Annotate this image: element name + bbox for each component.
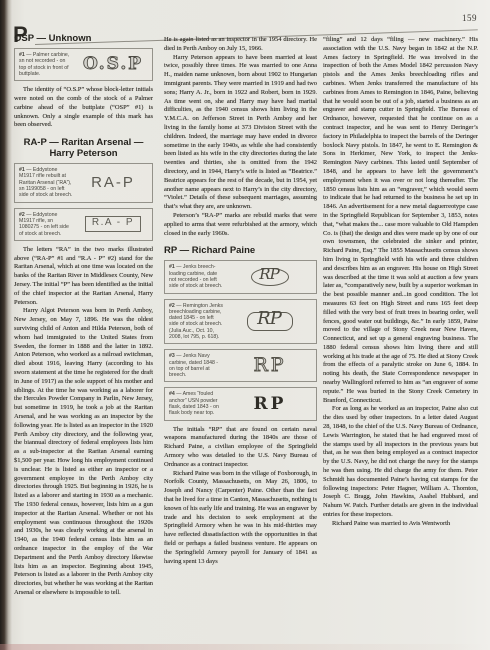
- heading-osp: OSP — Unknown: [14, 33, 153, 44]
- column-left: OSP — Unknown #1 — Palmer carbine, sn no…: [14, 33, 153, 625]
- figure-caption-text: — Eddystone M1917 rifle rebuilt at Rarit…: [19, 167, 72, 198]
- heading-rap-line2: Harry Peterson: [14, 148, 153, 159]
- osp-stamp-letters: O.S.P: [83, 60, 143, 69]
- heading-rap: RA-P — Raritan Arsenal — Harry Peterson: [14, 137, 153, 159]
- figure-box-osp-1: #1 — Palmer carbine, sn not recorded - o…: [14, 48, 153, 81]
- rp-solid-letters: RP: [254, 400, 287, 409]
- paragraph: Richard Paine was born in the village of…: [164, 470, 317, 567]
- figure-label: #1: [19, 167, 25, 173]
- figure-box-rap-2: #2 — Eddystone M1917 rifle, sn 1080275 -…: [14, 208, 153, 241]
- rap-stamp-letters: RA-P: [91, 179, 135, 188]
- figure-label: #1: [169, 264, 175, 270]
- rap-mark-image-1: RA-P: [78, 179, 148, 188]
- column-middle: He is again listed as an inspector in th…: [164, 36, 317, 628]
- figure-caption: #1 — Jenks breech-loading carbine, date …: [169, 264, 224, 289]
- rp-monogram-oval: RP: [251, 268, 288, 286]
- figure-box-rp-3: #3 — Jenks Navy carbine, dated 1848 - on…: [164, 349, 317, 382]
- rp-outline-letters: RP: [253, 361, 286, 370]
- paragraph: The letters “RA” in the two marks illust…: [14, 246, 153, 308]
- paragraph: “filing” and 12 days “filing — new machi…: [323, 36, 478, 405]
- paragraph: Harry Algot Peterson was born in Perth A…: [14, 307, 153, 597]
- paragraph: Richard Paine was married to Avis Wentwo…: [323, 520, 478, 529]
- column-right: “filing” and 12 days “filing — new machi…: [323, 36, 478, 628]
- heading-rap-line1: RA-P — Raritan Arsenal —: [14, 137, 153, 148]
- paragraph: The initials “RP” that are found on cert…: [164, 426, 317, 470]
- figure-caption: #2 — Eddystone M1917 rifle, sn 1080275 -…: [19, 212, 74, 237]
- figure-caption-text: — Eddystone M1917 rifle, sn 1080275 - on…: [19, 212, 69, 237]
- figure-label: #3: [169, 353, 175, 359]
- rp-monogram-cartouche: RP: [247, 312, 293, 332]
- figure-box-rp-1: #1 — Jenks breech-loading carbine, date …: [164, 260, 317, 293]
- rp-mark-image-3: RP: [228, 361, 312, 370]
- page-bottom-scan-edge: [0, 644, 490, 650]
- page-number: 159: [462, 13, 477, 23]
- book-binding-shadow: [0, 0, 12, 650]
- figure-caption: #1 — Eddystone M1917 rifle rebuilt at Ra…: [19, 167, 74, 198]
- figure-label: #4: [169, 391, 175, 397]
- figure-caption: #2 — Remington Jenks breechloading carbi…: [169, 303, 224, 341]
- rap-stamp-letters: R.A - P: [92, 217, 134, 228]
- paragraph: Harry Peterson appears to have been marr…: [164, 54, 317, 212]
- figure-box-rp-4: #4 — Ames “fouled anchor” USN powder fla…: [164, 387, 317, 420]
- osp-mark-image: O.S.P: [78, 60, 148, 69]
- rp-mark-image-2: RP: [228, 312, 312, 332]
- rp-mark-image-4: RP: [228, 400, 312, 409]
- figure-caption: #3 — Jenks Navy carbine, dated 1848 - on…: [169, 353, 224, 378]
- rp-mark-image-1: RP: [228, 268, 312, 286]
- figure-box-rp-2: #2 — Remington Jenks breechloading carbi…: [164, 299, 317, 345]
- figure-caption-text: — Jenks breech-loading carbine, date not…: [169, 264, 222, 289]
- rp-script-monogram: RP: [257, 308, 281, 329]
- figure-box-rap-1: #1 — Eddystone M1917 rifle rebuilt at Ra…: [14, 163, 153, 202]
- heading-rp: RP — Richard Paine: [164, 245, 317, 256]
- rap-stamp-frame: R.A - P: [85, 216, 141, 232]
- figure-label: #1: [19, 52, 25, 58]
- figure-caption: #4 — Ames “fouled anchor” USN powder fla…: [169, 391, 224, 416]
- figure-label: #2: [19, 212, 25, 218]
- figure-caption-text: — Palmer carbine, sn not recorded - on t…: [19, 52, 69, 77]
- figure-caption-text: — Remington Jenks breechloading carbine,…: [169, 303, 223, 340]
- paragraph: For as long as he worked as an inspector…: [323, 405, 478, 519]
- figure-label: #2: [169, 303, 175, 309]
- paragraph: Peterson’s “RA-P” marks are rebuild mark…: [164, 212, 317, 238]
- figure-caption-text: — Jenks Navy carbine, dated 1848 - on to…: [169, 353, 218, 378]
- scanned-book-page: P 159 OSP — Unknown #1 — Palmer carbine,…: [0, 0, 490, 650]
- paragraph: The identity of “O.S.P” whose block-lett…: [14, 86, 153, 130]
- paragraph: He is again listed as an inspector in th…: [164, 36, 317, 54]
- rap-mark-image-2: R.A - P: [78, 216, 148, 232]
- rp-script-monogram: RP: [259, 265, 278, 283]
- figure-caption-text: — Ames “fouled anchor” USN powder flask,…: [169, 391, 219, 416]
- figure-caption: #1 — Palmer carbine, sn not recorded - o…: [19, 52, 74, 77]
